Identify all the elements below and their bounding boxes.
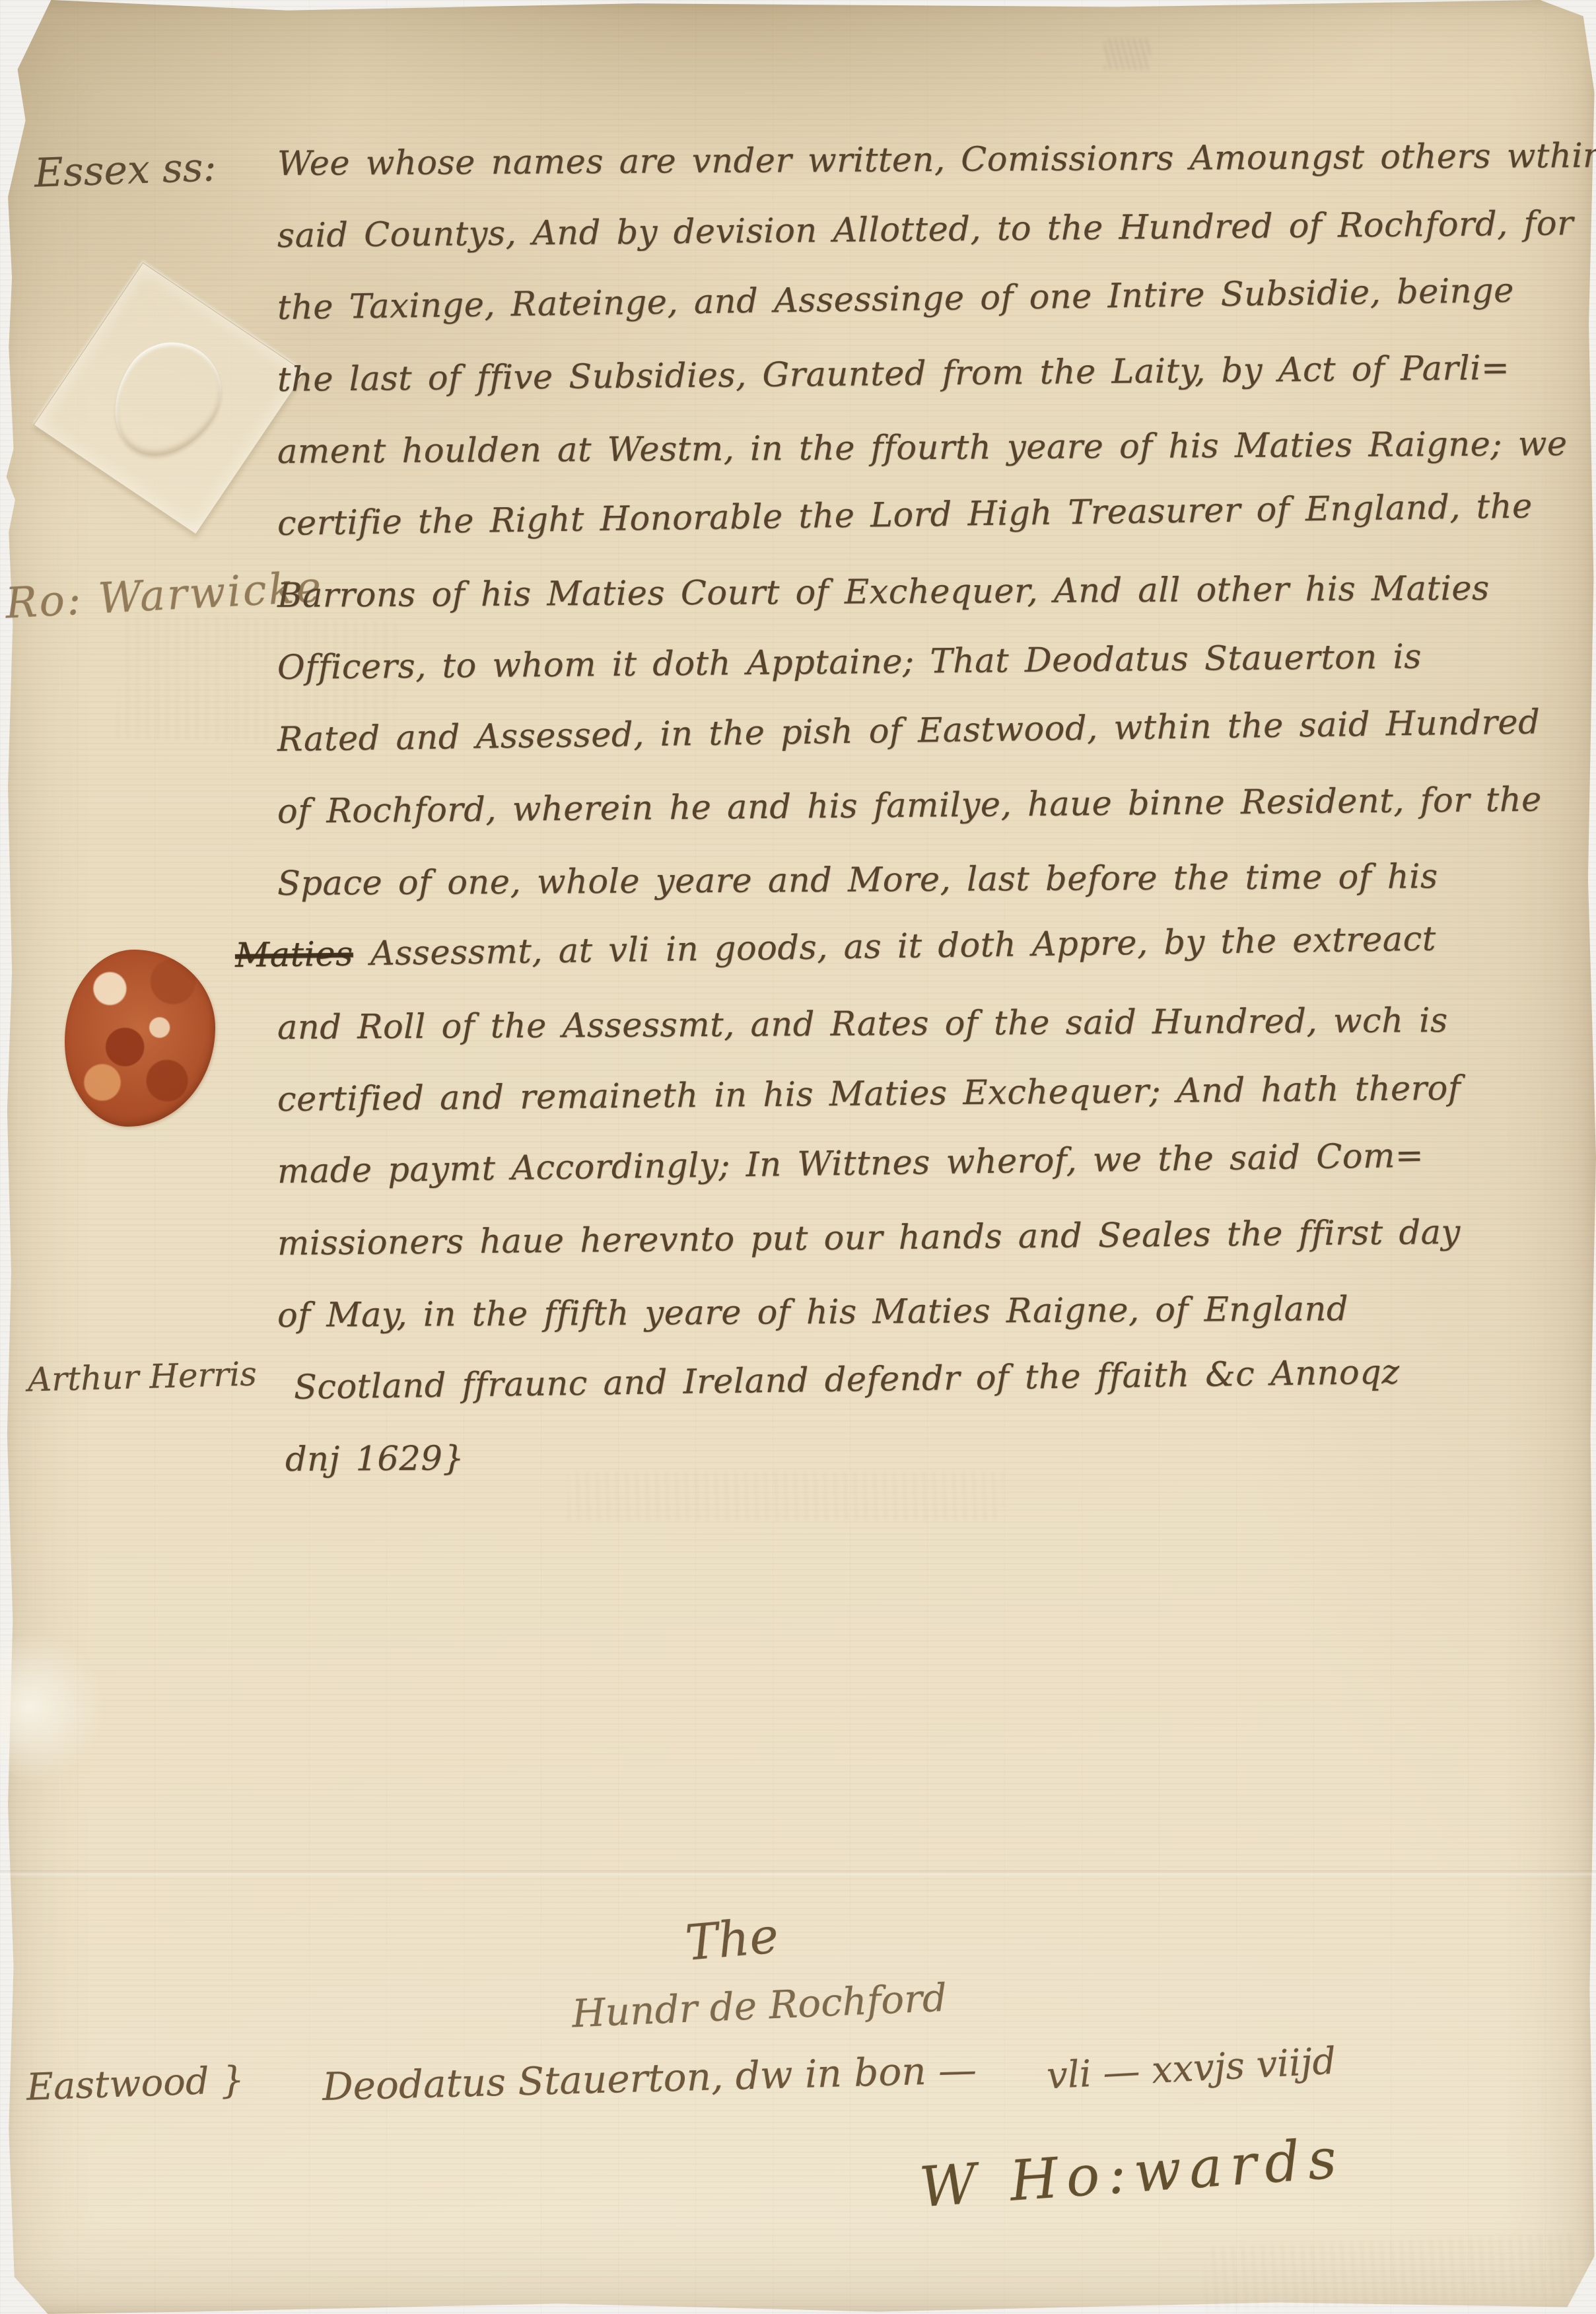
manuscript-line: and Roll of the Assessmt, and Rates of t… — [277, 1003, 1448, 1045]
scanned-manuscript-page: Essex ss: Ro: Warwicke Arthur Herris Wee… — [0, 0, 1596, 2314]
horizontal-crease — [0, 1870, 1596, 1877]
manuscript-line: of May, in the ffifth yeare of his Matie… — [277, 1292, 1348, 1333]
entry-parish-label: Eastwood } — [26, 2062, 245, 2106]
struck-out-word: Maties — [235, 935, 354, 975]
manuscript-line: Space of one, whole yeare and More, last… — [277, 859, 1438, 901]
endorsement-the: The — [683, 1911, 781, 1968]
manuscript-line: Wee whose names are vnder written, Comis… — [277, 138, 1596, 182]
manuscript-line: ament houlden at Westm, in the ffourth y… — [277, 427, 1568, 470]
manuscript-date-line: dnj 1629} — [285, 1441, 465, 1477]
county-heading: Essex ss: — [34, 147, 217, 193]
embossed-shield-crest — [92, 323, 240, 477]
pencil-smudge — [1104, 38, 1150, 70]
herris-signature: Arthur Herris — [27, 1357, 257, 1396]
manuscript-line: Barrons of his Maties Court of Exchequer… — [277, 571, 1490, 614]
